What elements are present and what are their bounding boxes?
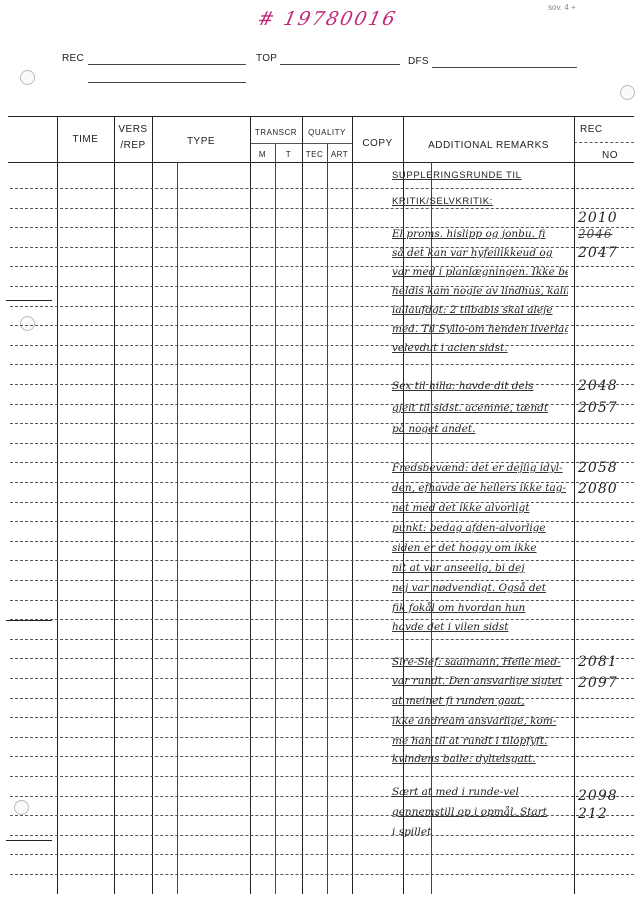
top-field-line[interactable] <box>280 64 400 65</box>
remark-line: så det kan var hyfeilikkeud og <box>392 247 568 259</box>
row-rule <box>10 208 634 209</box>
col-header-tec: TEC <box>302 150 327 159</box>
rec-number: 2081 <box>578 654 632 670</box>
rec-number: 2097 <box>578 675 632 691</box>
col-line-vers <box>114 116 115 894</box>
col-line-time <box>57 116 58 894</box>
remarks-heading-line: KRITIK/SELVKRITIK: <box>392 196 568 207</box>
col-header-art: ART <box>327 150 352 159</box>
rec-number: 2098 <box>578 788 632 804</box>
remark-line: siden er det hoggy om ikke <box>392 542 568 554</box>
rec-number: 2058 <box>578 460 632 476</box>
top-field-label: TOP <box>256 53 277 64</box>
catalog-number: # 19780016 <box>256 8 399 30</box>
row-rule <box>10 188 634 189</box>
col-header-copy: COPY <box>352 138 403 149</box>
punch-hole-icon <box>14 800 29 815</box>
row-rule <box>10 776 634 777</box>
col-header-rec: REC <box>580 124 610 135</box>
remarks-heading-line: SUPPLERINGSRUNDE TIL <box>392 170 568 181</box>
margin-tick <box>6 300 52 301</box>
col-header-no: NO <box>590 150 630 161</box>
col-header-time: TIME <box>57 134 114 145</box>
remark-line: net med det ikke alvorligt <box>392 502 568 514</box>
remark-line: havde det i vilen sidst <box>392 621 568 633</box>
remark-line: punkt: bedag afden-alvorlige <box>392 522 568 534</box>
col-line-transcr-mt <box>275 143 276 894</box>
col-header-rep: /REP <box>114 140 152 151</box>
remark-line: velevdut i acien sidst. <box>392 342 568 354</box>
remark-line: på noget andet. <box>392 423 568 435</box>
rec-field-line-2[interactable] <box>88 82 246 83</box>
rec-number: 2010 <box>578 210 632 226</box>
remark-line: nit at var anseelig, bi dej <box>392 562 568 574</box>
remark-line: iallaufdgt: 2 tilbabis skal aleje <box>392 304 568 316</box>
col-line-transcr <box>250 116 251 894</box>
remark-line: Fredsbevænd: det er dejlig idyl- <box>392 462 568 474</box>
rec-number: 2057 <box>578 400 632 416</box>
remark-line: kvindens balle: dyltelsgatt. <box>392 753 568 765</box>
transcr-quality-divider <box>250 143 352 144</box>
remark-line: gennemstill op i opmål. Start <box>392 806 568 818</box>
col-header-quality: QUALITY <box>302 128 352 137</box>
col-header-t: T <box>275 150 302 159</box>
remark-line: Sært at med i runde-vel <box>392 786 568 798</box>
remark-line: Sex til hilla: havde dit dels <box>392 380 568 392</box>
punch-hole-icon <box>20 70 35 85</box>
punch-hole-icon <box>620 85 635 100</box>
rec-number: 212 <box>578 806 632 822</box>
rec-number: 2047 <box>578 245 632 261</box>
col-line-type-sub <box>177 162 178 894</box>
col-header-transcr: TRANSCR <box>250 128 302 137</box>
remark-line: ikke andream ansvarlige, kom- <box>392 715 568 727</box>
col-header-vers: VERS <box>114 124 152 135</box>
rec-number-struck: 2046 <box>578 227 632 241</box>
remark-line: gjeit til sidst. acemme, tændt <box>392 402 568 414</box>
row-rule <box>10 364 634 365</box>
dfs-field-label: DFS <box>408 56 429 67</box>
table-top-border <box>8 116 634 117</box>
col-header-m: M <box>250 150 275 159</box>
col-line-quality-tecart <box>327 143 328 894</box>
col-line-copy <box>352 116 353 894</box>
remark-line: at meinet fi runden gaat, <box>392 695 568 707</box>
table-header-border <box>8 162 634 163</box>
margin-tick <box>6 840 52 841</box>
rec-no-divider <box>574 142 634 143</box>
pencil-corner-mark: sov. 4 + <box>548 3 576 12</box>
row-rule <box>10 854 634 855</box>
rec-number: 2080 <box>578 481 632 497</box>
col-header-remarks: ADDITIONAL REMARKS <box>403 140 574 151</box>
rec-field-label: REC <box>62 53 84 64</box>
margin-tick <box>6 620 52 621</box>
col-line-recno <box>574 116 575 894</box>
remark-line: med. Til Syllo-om henden liverlag <box>392 323 568 335</box>
remark-line: nej var nødvendigt. Også det <box>392 582 568 594</box>
rec-number: 2048 <box>578 378 632 394</box>
col-line-quality <box>302 116 303 894</box>
remark-line: den, efhavde de hellers ikke tag- <box>392 482 568 494</box>
row-rule <box>10 560 634 561</box>
col-line-type <box>152 116 153 894</box>
row-rule <box>10 443 634 444</box>
row-rule <box>10 639 634 640</box>
remark-line: El proms. hislipp og jonbu. fi <box>392 228 568 240</box>
remark-line: fik fokål om hvordan hun <box>392 602 568 614</box>
remark-line: Sire-Sief: saaimann, Helle med- <box>392 656 568 668</box>
col-header-type: TYPE <box>152 136 250 147</box>
dfs-field-line[interactable] <box>432 67 577 68</box>
remark-line: var med i planlægningen. Ikke bei <box>392 266 568 278</box>
remark-line: var rundt. Den ansvarlige sigtet <box>392 675 568 687</box>
row-rule <box>10 600 634 601</box>
punch-hole-icon <box>20 316 35 331</box>
row-rule <box>10 580 634 581</box>
row-rule <box>10 619 634 620</box>
remark-line: heldis kam nogle av lindhus, kalinnes <box>392 285 568 297</box>
row-rule <box>10 874 634 875</box>
remark-line: i spillet <box>392 826 568 838</box>
rec-field-line[interactable] <box>88 64 246 65</box>
remark-line: me han til at rundt i tilopfyft. <box>392 735 568 747</box>
